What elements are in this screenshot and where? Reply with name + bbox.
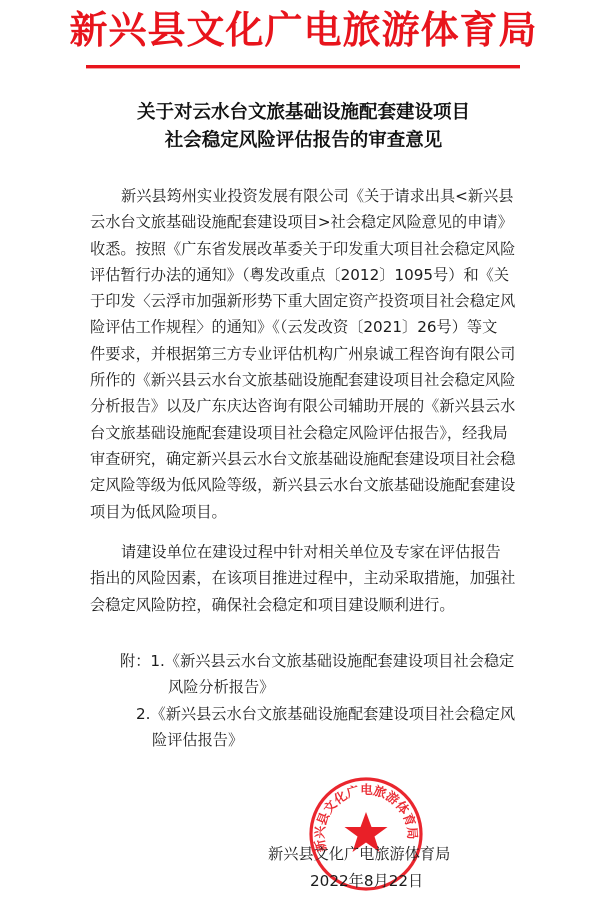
attachments-label: 附：	[120, 652, 150, 670]
signature-org: 新兴县文化广电旅游体育局	[268, 843, 468, 864]
paragraph-line: 分析报告》以及广东庆达咨询有限公司辅助开展的《新兴县云水	[90, 393, 530, 419]
paragraph-line: 审查研究，确定新兴县云水台文旅基础设施配套建设项目社会稳	[90, 446, 530, 472]
paragraph-line: 于印发〈云浮市加强新形势下重大固定资产投资项目社会稳定风	[90, 288, 530, 314]
paragraph-line: 收悉。按照《广东省发展改革委关于印发重大项目社会稳定风险	[90, 236, 530, 262]
attachment-title: 《新兴县云水台文旅基础设施配套建设项目社会稳定	[165, 652, 514, 670]
letterhead-org-name: 新兴县文化广电旅游体育局	[0, 6, 607, 54]
document-title: 关于对云水台文旅基础设施配套建设项目 社会稳定风险评估报告的审查意见	[0, 99, 607, 155]
attachments-list: 附：1.《新兴县云水台文旅基础设施配套建设项目社会稳定 风险分析报告》 2.《新…	[120, 648, 540, 753]
attachment-number: 1.	[150, 652, 165, 670]
letterhead-red-rule	[86, 65, 520, 69]
attachment-item-2: 2.《新兴县云水台文旅基础设施配套建设项目社会稳定风	[120, 701, 540, 727]
paragraph-line: 险评估工作规程〉的通知》《（云发改资〔2021〕26号）等文	[90, 314, 530, 340]
paragraph-1: 新兴县筠州实业投资发展有限公司《关于请求出具<新兴县 云水台文旅基础设施配套建设…	[90, 183, 530, 525]
attachment-title: 《新兴县云水台文旅基础设施配套建设项目社会稳定风	[151, 705, 516, 723]
paragraph-line: 会稳定风险防控，确保社会稳定和项目建设顺利进行。	[90, 592, 530, 618]
paragraph-line: 项目为低风险项目。	[90, 499, 530, 525]
attachment-item-1: 附：1.《新兴县云水台文旅基础设施配套建设项目社会稳定	[120, 648, 540, 674]
paragraph-line: 定风险等级为低风险等级，新兴县云水台文旅基础设施配套建设	[90, 472, 530, 498]
signature-date: 2022年8月22日	[310, 870, 460, 891]
attachment-item-2-continued: 险评估报告》	[120, 727, 540, 753]
attachment-item-1-continued: 风险分析报告》	[120, 674, 540, 700]
paragraph-line: 指出的风险因素，在该项目推进过程中，主动采取措施，加强社	[90, 565, 530, 591]
document-title-line-2: 社会稳定风险评估报告的审查意见	[0, 127, 607, 155]
paragraph-line: 所作的《新兴县云水台文旅基础设施配套建设项目社会稳定风险	[90, 367, 530, 393]
paragraph-line: 评估暂行办法的通知》（粤发改重点〔2012〕1095号）和《关	[90, 262, 530, 288]
paragraph-line: 云水台文旅基础设施配套建设项目>社会稳定风险意见的申请》	[90, 209, 530, 235]
paragraph-line: 台文旅基础设施配套建设项目社会稳定风险评估报告》，经我局	[90, 420, 530, 446]
paragraph-2: 请建设单位在建设过程中针对相关单位及专家在评估报告 指出的风险因素，在该项目推进…	[90, 539, 530, 618]
document-title-line-1: 关于对云水台文旅基础设施配套建设项目	[0, 99, 607, 127]
paragraph-line: 件要求，并根据第三方专业评估机构广州泉诚工程咨询有限公司	[90, 341, 530, 367]
attachment-number: 2.	[136, 705, 151, 723]
paragraph-line: 请建设单位在建设过程中针对相关单位及专家在评估报告	[90, 539, 530, 565]
paragraph-line: 新兴县筠州实业投资发展有限公司《关于请求出具<新兴县	[90, 183, 530, 209]
